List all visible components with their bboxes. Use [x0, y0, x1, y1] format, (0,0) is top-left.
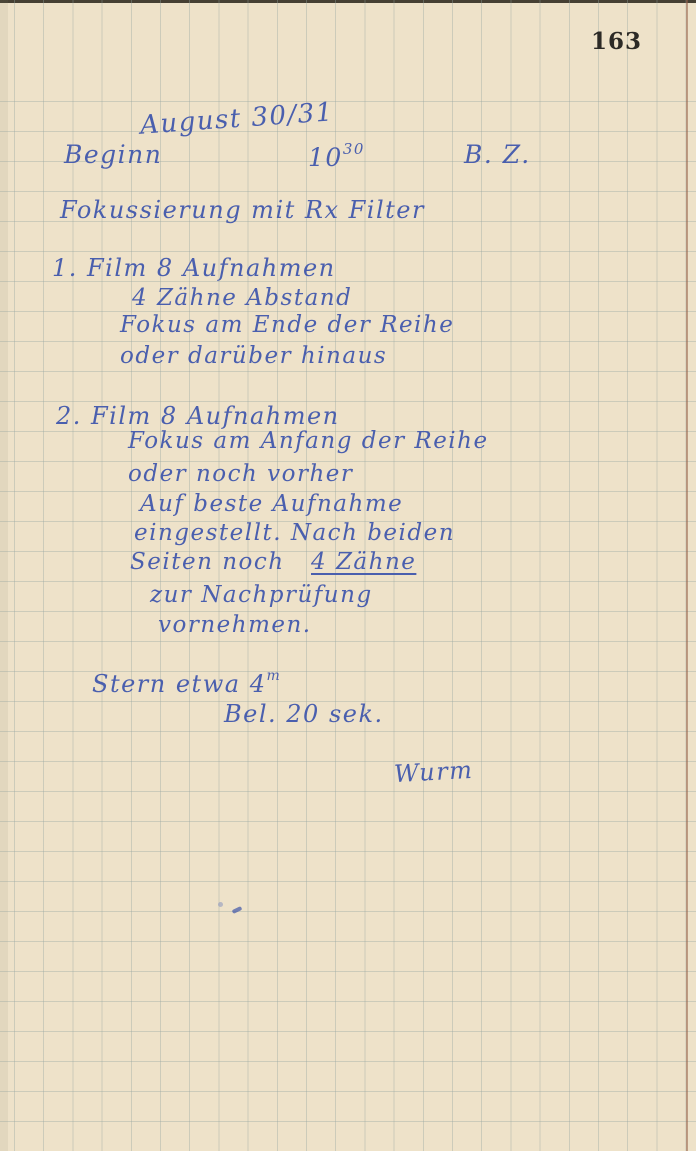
signature: Wurm: [393, 756, 474, 788]
film1-title: 1. Film 8 Aufnahmen: [52, 254, 336, 282]
notebook-page: 163 August 30/31 Beginn 1030 B. Z. Fokus…: [0, 0, 696, 1151]
film2-line: oder noch vorher: [128, 461, 353, 487]
grid-horizontal-lines: [0, 72, 696, 1151]
star-value: 4: [250, 670, 267, 698]
begin-label: Beginn: [64, 140, 162, 169]
film2-line: eingestellt. Nach beiden: [134, 520, 455, 546]
film2-line-text: Seiten noch: [130, 549, 285, 575]
film2-title: 2. Film 8 Aufnahmen: [56, 402, 340, 430]
underlined-teeth-count: 4 Zähne: [311, 549, 416, 575]
page-number: 163: [591, 28, 642, 55]
begin-time: 1030: [308, 140, 365, 172]
film2-line: Auf beste Aufnahme: [140, 491, 403, 517]
film1-line: Fokus am Ende der Reihe: [120, 312, 454, 338]
begin-minutes: 30: [343, 140, 365, 158]
film1-line: 4 Zähne Abstand: [132, 285, 352, 311]
film2-line: zur Nachprüfung: [150, 582, 373, 608]
begin-hour: 10: [308, 143, 343, 172]
film1-line: oder darüber hinaus: [120, 343, 387, 369]
star-label: Stern etwa: [92, 670, 241, 698]
time-zone: B. Z.: [464, 140, 531, 169]
exposure-line: Bel. 20 sek.: [224, 700, 384, 728]
page-margin-line: [686, 0, 688, 1151]
entry-heading: Fokussierung mit Rx Filter: [60, 196, 425, 224]
film2-line: Seiten noch 4 Zähne: [130, 549, 416, 575]
film2-line: Fokus am Anfang der Reihe: [128, 428, 489, 454]
star-unit: m: [266, 668, 281, 684]
begin-line: Beginn 1030 B. Z.: [64, 140, 162, 169]
ink-smudge: [218, 902, 223, 907]
film2-line: vornehmen.: [158, 612, 312, 638]
star-line: Stern etwa 4m: [92, 668, 281, 698]
